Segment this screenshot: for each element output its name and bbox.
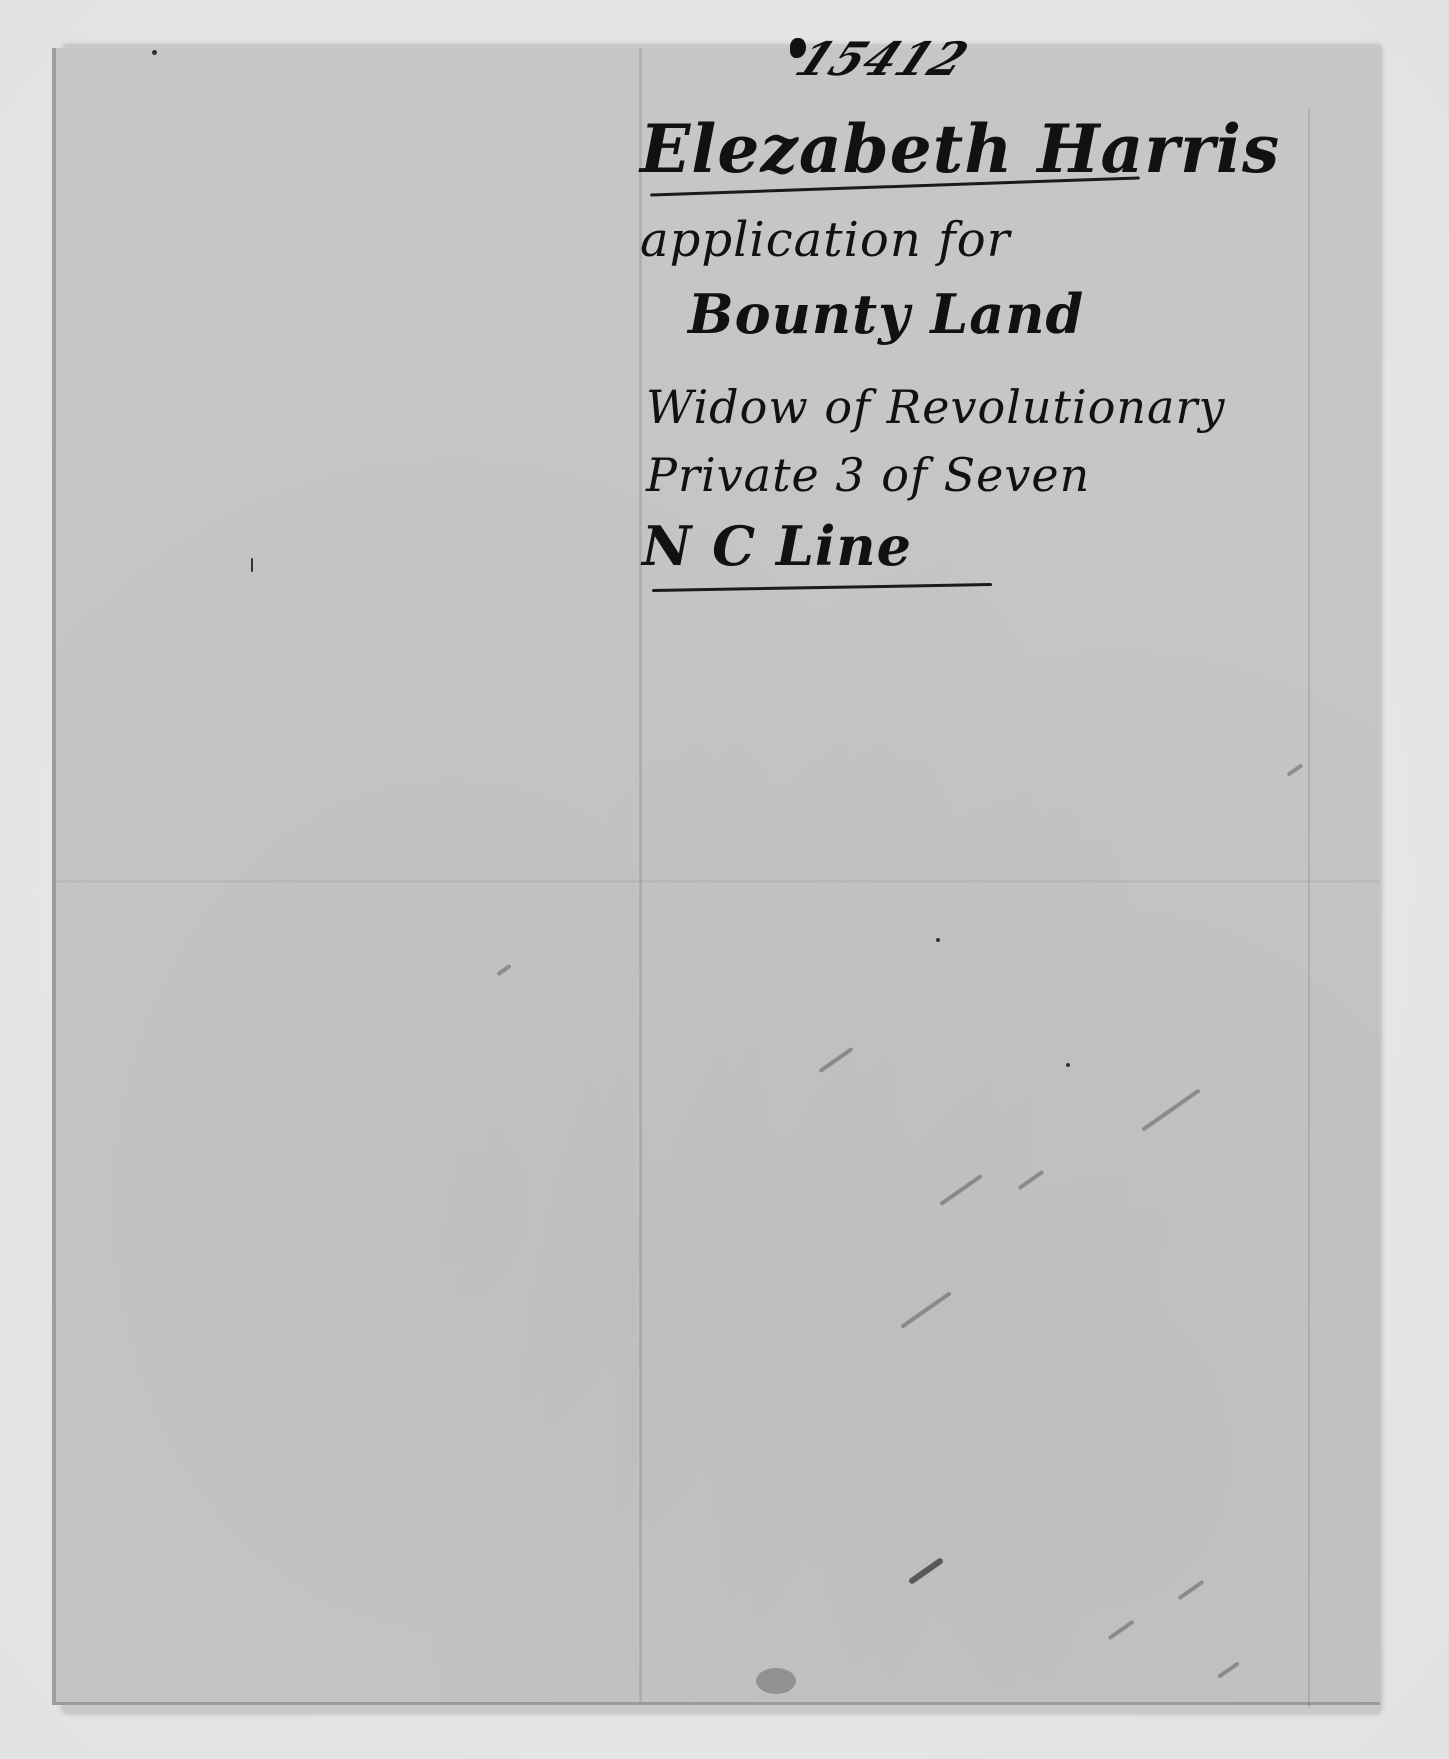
docket-line-nc-line: N C Line (642, 514, 912, 578)
file-number: 15412 (787, 32, 977, 86)
document-scan: 15412 Elezabeth Harris application for B… (0, 0, 1449, 1759)
bleed-through-mark (1286, 763, 1303, 777)
bleed-through-mark (496, 964, 511, 976)
bleed-through-mark (1108, 1620, 1135, 1640)
bleed-through-mark (939, 1174, 982, 1206)
bleed-through-mark (1018, 1170, 1045, 1190)
ink-speck (251, 558, 253, 572)
ink-speck (152, 50, 157, 55)
applicant-name: Elezabeth Harris (640, 110, 1280, 188)
inner-page-edge (1308, 108, 1310, 1708)
bleed-through-mark (1178, 1580, 1205, 1600)
vertical-fold-crease (639, 48, 642, 1702)
docket-line-application: application for (640, 212, 1011, 268)
ink-stain (756, 1668, 796, 1694)
bleed-through-mark (1141, 1088, 1201, 1131)
horizontal-fold-crease (56, 880, 1380, 883)
docket-line-widow: Widow of Revolutionary (646, 380, 1225, 434)
bleed-through-mark (1217, 1661, 1240, 1679)
bleed-through-mark (908, 1557, 944, 1585)
bleed-through-mark (900, 1291, 951, 1329)
docket-line-bounty-land: Bounty Land (688, 282, 1084, 346)
docket-line-service: Private 3 of Seven (646, 448, 1090, 502)
ink-speck (936, 938, 940, 942)
bleed-through-mark (818, 1047, 853, 1073)
ink-speck (1066, 1063, 1070, 1067)
